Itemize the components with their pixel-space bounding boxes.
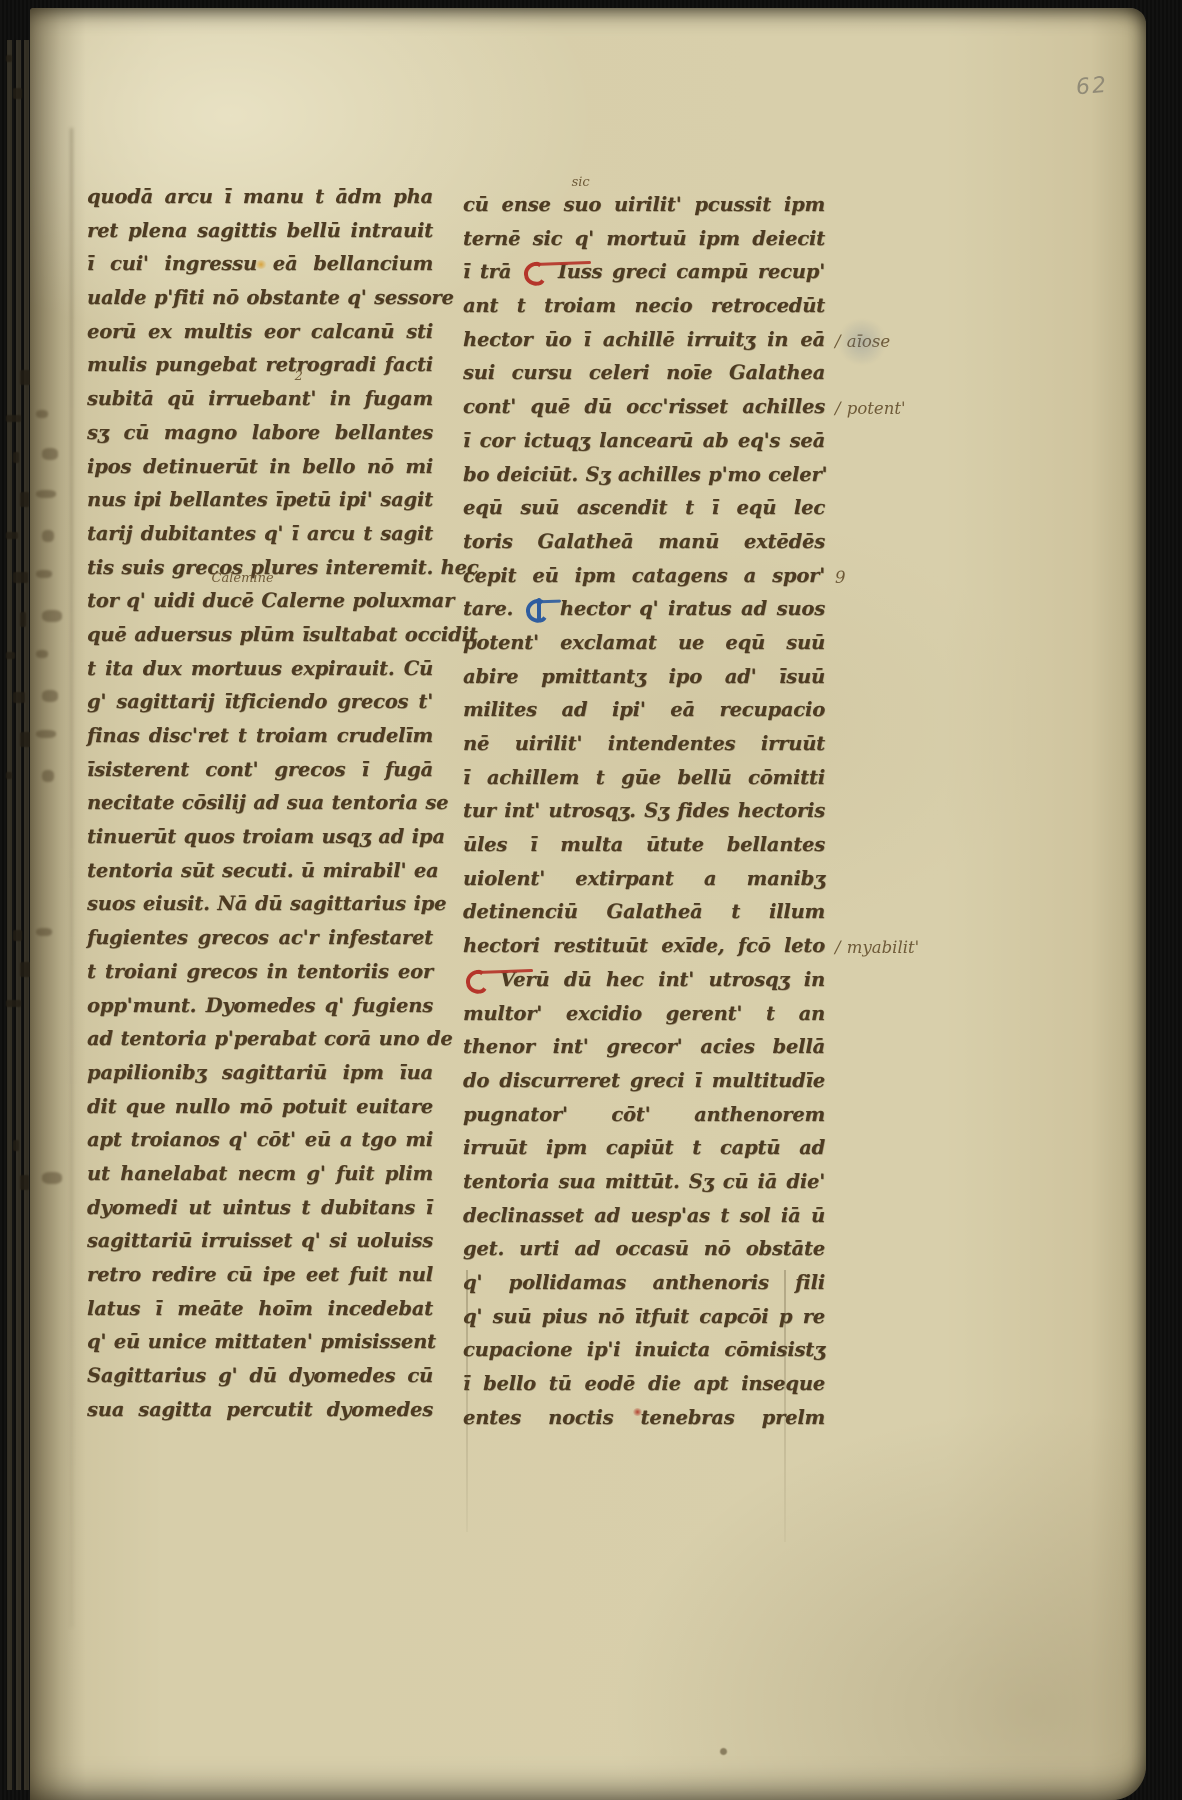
line-main-text: t troiani grecos in tentoriis eor bbox=[87, 960, 433, 983]
line-main-text: get. urti ad occasū nō obstāte bbox=[463, 1237, 825, 1260]
text-line-content: uiolent' extirpant a manibʒ bbox=[463, 862, 825, 896]
text-line-content: eqū suū ascendit t ī eqū lec bbox=[463, 491, 825, 525]
text-line: hector ūo ī achillē irruitʒ in eā/ aīose bbox=[463, 323, 825, 357]
text-line: q' suū pius nō ītfuit capcōi p re bbox=[463, 1300, 825, 1334]
line-main-text: eorū ex multis eor calcanū sti bbox=[87, 320, 433, 343]
line-main-text: sua sagitta percutit dyomedes bbox=[87, 1398, 433, 1421]
line-main-text: ī bello tū eodē die apt inseque bbox=[463, 1372, 825, 1395]
red-ink-speck bbox=[633, 1408, 642, 1416]
text-line-content: cepit eū ipm catagens a spor' bbox=[463, 559, 825, 593]
line-main-text: sʒ cū magno labore bellantes bbox=[87, 421, 433, 444]
text-line: dit que nullo mō potuit euitare bbox=[87, 1090, 433, 1124]
gutter-shadow bbox=[30, 8, 86, 1800]
paraph-tail bbox=[535, 600, 561, 604]
margin-note: / potent' bbox=[835, 392, 906, 426]
line-main-text: mulis pungebat retrogradi facti bbox=[87, 353, 433, 376]
margin-note: / myabilit' bbox=[835, 931, 919, 965]
text-line-content: Verū dū hec int' utrosqʒ in bbox=[463, 963, 825, 997]
fore-edge-mark bbox=[13, 1140, 19, 1151]
line-main-text: ualde p'fiti nō obstante q' sessore bbox=[87, 286, 454, 309]
line-main-text: ut hanelabat necm g' fuit plim bbox=[87, 1162, 433, 1185]
text-line: toris Galatheā manū extēdēs bbox=[463, 525, 825, 559]
text-line-content: entes noctis tenebras prelm bbox=[463, 1401, 825, 1435]
line-main-text: cupacione ip'i inuicta cōmisistʒ bbox=[463, 1338, 825, 1361]
text-line: abire pmittantʒ ipo ad' īsuū bbox=[463, 660, 825, 694]
line-main-text: t ita dux mortuus expirauit. Cū bbox=[87, 657, 433, 680]
text-line-content: ut hanelabat necm g' fuit plim bbox=[87, 1157, 433, 1191]
line-main-text: ad tentoria p'perabat corā uno de bbox=[87, 1027, 453, 1050]
line-main-text: subitā qū irruebant' in fugam bbox=[87, 387, 433, 410]
text-line: sagittariū irruisset q' si uoluiss bbox=[87, 1224, 433, 1258]
text-line-content: quodā arcu ī manu t ādm pha bbox=[87, 180, 433, 214]
folio-edge-strip bbox=[24, 40, 29, 1790]
text-line-content: t troiani grecos in tentoriis eor bbox=[87, 955, 433, 989]
line-main-text: sagittariū irruisset q' si uoluiss bbox=[87, 1229, 433, 1252]
folio-edge-strip bbox=[7, 40, 12, 1790]
gutter-mark bbox=[42, 448, 58, 460]
line-main-text: q' pollidamas anthenoris fili bbox=[463, 1271, 825, 1294]
text-line-content: necitate cōsilij ad sua tentoria se bbox=[87, 786, 433, 820]
text-line-content: ret plena sagittis bellū intrauit bbox=[87, 214, 433, 248]
gutter-mark bbox=[42, 690, 58, 702]
text-line-content: ipos detinuerūt in bello nō mi bbox=[87, 450, 433, 484]
text-line-content: do discurreret greci ī multitudīe bbox=[463, 1064, 825, 1098]
text-line-content: tare. hector q' iratus ad suos bbox=[463, 592, 825, 626]
text-line: nē uirilit' intendentes irruūt bbox=[463, 727, 825, 761]
text-line-content: cupacione ip'i inuicta cōmisistʒ bbox=[463, 1333, 825, 1367]
text-line: quodā arcu ī manu t ādm pha bbox=[87, 180, 433, 214]
text-line-content: multor' excidio gerent' t an bbox=[463, 997, 825, 1031]
text-line: tinuerūt quos troiam usqʒ ad ipa bbox=[87, 820, 433, 854]
text-line-content: eorū ex multis eor calcanū sti bbox=[87, 315, 433, 349]
gutter-mark bbox=[42, 530, 54, 542]
text-line-content: suos eiusit. Nā dū sagittarius ipe bbox=[87, 887, 433, 921]
line-main-text: tis suis grecos plures interemit. hec bbox=[87, 556, 479, 579]
text-line-content: nus ipi bellantes īpetū ipi' sagit bbox=[87, 483, 433, 517]
text-line-content: irruūt ipm capiūt t captū ad bbox=[463, 1131, 825, 1165]
line-prefix-text: tare. bbox=[463, 597, 523, 620]
text-line: multor' excidio gerent' t an bbox=[463, 997, 825, 1031]
line-main-text: hectori restituūt exīde, fcō leto bbox=[463, 934, 825, 957]
parchment-page: 62 quodā arcu ī manu t ādm pharet plena … bbox=[30, 8, 1146, 1800]
text-line-content: latus ī meāte hoīm incedebat bbox=[87, 1292, 433, 1326]
text-line-content: dit que nullo mō potuit euitare bbox=[87, 1090, 433, 1124]
text-line-content: papilionibʒ sagittariū ipm īua bbox=[87, 1056, 433, 1090]
line-main-text: dyomedi ut uintus t dubitans ī bbox=[87, 1196, 433, 1219]
text-line-content: tor q' uidi ducē Calerne poluxmar bbox=[87, 584, 433, 618]
line-main-text: toris Galatheā manū extēdēs bbox=[463, 530, 825, 553]
line-main-text: sui cursu celeri noīe Galathea bbox=[463, 361, 825, 384]
fore-edge-mark bbox=[6, 652, 15, 659]
text-line-content: g' sagittarij ītficiendo grecos t' bbox=[87, 685, 433, 719]
fore-edge-mark bbox=[20, 612, 26, 627]
text-line-content: q' pollidamas anthenoris fili bbox=[463, 1266, 825, 1300]
ruling-line bbox=[466, 1270, 468, 1532]
text-line: thenor int' grecor' acies bellā bbox=[463, 1030, 825, 1064]
text-line-content: nē uirilit' intendentes irruūt bbox=[463, 727, 825, 761]
text-line: tentoria sua mittūt. Sʒ cū iā die' bbox=[463, 1165, 825, 1199]
blue-paraph-mark bbox=[526, 599, 558, 619]
text-line: finas disc'ret t troiam crudelīm bbox=[87, 719, 433, 753]
text-line: t troiani grecos in tentoriis eor bbox=[87, 955, 433, 989]
line-main-text: cepit eū ipm catagens a spor' bbox=[463, 564, 825, 587]
ink-stain bbox=[836, 320, 888, 364]
line-main-text: g' sagittarij ītficiendo grecos t' bbox=[87, 690, 433, 713]
text-line: cont' quē dū occ'risset achilles/ potent… bbox=[463, 390, 825, 424]
text-line: potent' exclamat ue eqū suū bbox=[463, 626, 825, 660]
text-line: Caleminetor q' uidi ducē Calerne poluxma… bbox=[87, 584, 433, 618]
text-line: 2subitā qū irruebant' in fugam bbox=[87, 382, 433, 416]
gutter-mark bbox=[36, 410, 48, 418]
text-line-content: abire pmittantʒ ipo ad' īsuū bbox=[463, 660, 825, 694]
text-line-content: īsisterent cont' grecos ī fugā bbox=[87, 753, 433, 787]
text-line-content: cū ense suo uirilit' pcussit ipm bbox=[463, 188, 825, 222]
margin-note: 9 bbox=[835, 561, 846, 595]
dark-speck bbox=[720, 1748, 727, 1755]
fore-edge-mark bbox=[13, 692, 25, 703]
text-line: cupacione ip'i inuicta cōmisistʒ bbox=[463, 1333, 825, 1367]
text-line-content: ī achillem t gūe bellū cōmitti bbox=[463, 761, 825, 795]
line-main-text: detinenciū Galatheā t illum bbox=[463, 900, 825, 923]
line-main-text: suos eiusit. Nā dū sagittarius ipe bbox=[87, 892, 446, 915]
text-line: get. urti ad occasū nō obstāte bbox=[463, 1232, 825, 1266]
text-line-content: opp'munt. Dyomedes q' fugiens bbox=[87, 989, 433, 1023]
text-line-content: sui cursu celeri noīe Galathea bbox=[463, 356, 825, 390]
interlinear-gloss: 2 bbox=[295, 370, 303, 383]
line-main-text: pugnator' cōt' anthenorem bbox=[463, 1103, 825, 1126]
text-line-content: cont' quē dū occ'risset achilles bbox=[463, 390, 825, 424]
folio-edge-strip bbox=[16, 40, 21, 1790]
text-line-content: ī bello tū eodē die apt inseque bbox=[463, 1367, 825, 1401]
line-main-text: bo deiciūt. Sʒ achilles p'mo celer' bbox=[463, 463, 827, 486]
text-line: quē aduersus plūm īsultabat occidit bbox=[87, 618, 433, 652]
fore-edge-mark bbox=[13, 572, 28, 583]
text-line: bo deiciūt. Sʒ achilles p'mo celer' bbox=[463, 458, 825, 492]
line-main-text: eqū suū ascendit t ī eqū lec bbox=[463, 496, 825, 519]
line-main-text: do discurreret greci ī multitudīe bbox=[463, 1069, 825, 1092]
fore-edge-mark bbox=[13, 452, 19, 463]
text-line-content: ūles ī multa ūtute bellantes bbox=[463, 828, 825, 862]
text-line: siccū ense suo uirilit' pcussit ipm bbox=[463, 188, 825, 222]
text-line-content: declinasset ad uesp'as t sol iā ū bbox=[463, 1199, 825, 1233]
text-line: mulis pungebat retrogradi facti bbox=[87, 348, 433, 382]
text-line-content: apt troianos q' cōt' eū a tgo mi bbox=[87, 1123, 433, 1157]
line-main-text: retro redire cū ipe eet fuit nul bbox=[87, 1263, 433, 1286]
line-main-text: quē aduersus plūm īsultabat occidit bbox=[87, 623, 478, 646]
text-column-right: siccū ense suo uirilit' pcussit ipmternē… bbox=[463, 188, 825, 1434]
gutter-mark bbox=[42, 610, 62, 622]
line-main-text: ī achillem t gūe bellū cōmitti bbox=[463, 766, 825, 789]
line-main-text: dit que nullo mō potuit euitare bbox=[87, 1095, 433, 1118]
text-line: nus ipi bellantes īpetū ipi' sagit bbox=[87, 483, 433, 517]
text-line-content: tur int' utrosqʒ. Sʒ fides hectoris bbox=[463, 794, 825, 828]
line-main-text: hector ūo ī achillē irruitʒ in eā bbox=[463, 328, 825, 351]
text-line: dyomedi ut uintus t dubitans ī bbox=[87, 1191, 433, 1225]
text-line-content: detinenciū Galatheā t illum bbox=[463, 895, 825, 929]
text-line: ipos detinuerūt in bello nō mi bbox=[87, 450, 433, 484]
fore-edge-mark bbox=[13, 88, 22, 99]
text-line: sʒ cū magno labore bellantes bbox=[87, 416, 433, 450]
line-main-text: tentoria sua mittūt. Sʒ cū iā die' bbox=[463, 1170, 825, 1193]
line-main-text: nus ipi bellantes īpetū ipi' sagit bbox=[87, 488, 433, 511]
gutter-mark bbox=[36, 490, 56, 498]
text-line-content: thenor int' grecor' acies bellā bbox=[463, 1030, 825, 1064]
text-line: ī achillem t gūe bellū cōmitti bbox=[463, 761, 825, 795]
text-line: retro redire cū ipe eet fuit nul bbox=[87, 1258, 433, 1292]
text-line-content: hector ūo ī achillē irruitʒ in eā bbox=[463, 323, 825, 357]
text-line: g' sagittarij ītficiendo grecos t' bbox=[87, 685, 433, 719]
interlinear-gloss: Calemine bbox=[212, 572, 274, 585]
text-line: t ita dux mortuus expirauit. Cū bbox=[87, 652, 433, 686]
line-main-text: potent' exclamat ue eqū suū bbox=[463, 631, 825, 654]
fore-edge-mark bbox=[6, 772, 12, 779]
red-paraph-mark bbox=[466, 970, 498, 990]
line-main-text: tentoria sūt secuti. ū mirabil' ea bbox=[87, 859, 438, 882]
line-main-text: opp'munt. Dyomedes q' fugiens bbox=[87, 994, 433, 1017]
text-line-content: mulis pungebat retrogradi facti bbox=[87, 348, 433, 382]
text-line: pugnator' cōt' anthenorem bbox=[463, 1098, 825, 1132]
line-main-text: tarij dubitantes q' ī arcu t sagit bbox=[87, 522, 433, 545]
line-main-text: ternē sic q' mortuū ipm deiecit bbox=[463, 227, 825, 250]
line-main-text: tinuerūt quos troiam usqʒ ad ipa bbox=[87, 825, 445, 848]
line-main-text: uiolent' extirpant a manibʒ bbox=[463, 867, 825, 890]
text-line-content: Sagittarius g' dū dyomedes cū bbox=[87, 1359, 433, 1393]
line-main-text: q' eū unice mittaten' pmisissent bbox=[87, 1330, 436, 1353]
text-line-content: tentoria sua mittūt. Sʒ cū iā die' bbox=[463, 1165, 825, 1199]
text-line-content: q' eū unice mittaten' pmisissent bbox=[87, 1325, 433, 1359]
fore-edge-mark bbox=[6, 55, 12, 62]
text-line: tur int' utrosqʒ. Sʒ fides hectoris bbox=[463, 794, 825, 828]
text-line-content: tinuerūt quos troiam usqʒ ad ipa bbox=[87, 820, 433, 854]
text-line: hectori restituūt exīde, fcō leto/ myabi… bbox=[463, 929, 825, 963]
text-line: eorū ex multis eor calcanū sti bbox=[87, 315, 433, 349]
text-line-content: dyomedi ut uintus t dubitans ī bbox=[87, 1191, 433, 1225]
line-main-text: fugientes grecos ac'r infestaret bbox=[87, 926, 433, 949]
text-line: sua sagitta percutit dyomedes bbox=[87, 1393, 433, 1427]
gutter-mark bbox=[42, 1172, 62, 1184]
text-line: fugientes grecos ac'r infestaret bbox=[87, 921, 433, 955]
book-fore-edge bbox=[4, 40, 32, 1790]
text-line: ualde p'fiti nō obstante q' sessore bbox=[87, 281, 433, 315]
text-line: Sagittarius g' dū dyomedes cū bbox=[87, 1359, 433, 1393]
gutter-mark bbox=[36, 928, 52, 936]
manuscript-photo: 62 quodā arcu ī manu t ādm pharet plena … bbox=[0, 0, 1182, 1800]
text-line-content: sʒ cū magno labore bellantes bbox=[87, 416, 433, 450]
line-main-text: tor q' uidi ducē Calerne poluxmar bbox=[87, 589, 454, 612]
text-line-content: ī trā Iuss greci campū recup' bbox=[463, 255, 825, 289]
line-main-text: ī cor ictuqʒ lancearū ab eq's seā bbox=[463, 429, 825, 452]
text-line-content: toris Galatheā manū extēdēs bbox=[463, 525, 825, 559]
line-prefix-text: ī trā bbox=[463, 260, 521, 283]
text-line-content: ī cor ictuqʒ lancearū ab eq's seā bbox=[463, 424, 825, 458]
fore-edge-mark bbox=[6, 1000, 21, 1007]
text-line: apt troianos q' cōt' eū a tgo mi bbox=[87, 1123, 433, 1157]
wax-speck bbox=[255, 260, 267, 269]
fore-edge-mark bbox=[6, 532, 18, 539]
text-line: Verū dū hec int' utrosqʒ in bbox=[463, 963, 825, 997]
text-line-content: pugnator' cōt' anthenorem bbox=[463, 1098, 825, 1132]
text-line: q' pollidamas anthenoris fili bbox=[463, 1266, 825, 1300]
text-line-content: hectori restituūt exīde, fcō leto bbox=[463, 929, 825, 963]
line-main-text: cū ense suo uirilit' pcussit ipm bbox=[463, 193, 825, 216]
text-line: ī bello tū eodē die apt inseque bbox=[463, 1367, 825, 1401]
red-paraph-mark bbox=[524, 262, 556, 282]
text-line-content: tentoria sūt secuti. ū mirabil' ea bbox=[87, 854, 433, 888]
text-line: cepit eū ipm catagens a spor'9 bbox=[463, 559, 825, 593]
line-main-text: apt troianos q' cōt' eū a tgo mi bbox=[87, 1128, 433, 1151]
text-line-content: ualde p'fiti nō obstante q' sessore bbox=[87, 281, 433, 315]
text-line-content: get. urti ad occasū nō obstāte bbox=[463, 1232, 825, 1266]
line-main-text: cont' quē dū occ'risset achilles bbox=[463, 395, 825, 418]
gutter-mark bbox=[36, 730, 56, 738]
line-main-text: Sagittarius g' dū dyomedes cū bbox=[87, 1364, 433, 1387]
line-main-text: ūles ī multa ūtute bellantes bbox=[463, 833, 825, 856]
line-main-text: entes noctis tenebras prelm bbox=[463, 1406, 825, 1429]
fore-edge-mark bbox=[6, 415, 21, 422]
text-line: irruūt ipm capiūt t captū ad bbox=[463, 1131, 825, 1165]
line-main-text: tur int' utrosqʒ. Sʒ fides hectoris bbox=[463, 799, 825, 822]
line-main-text: irruūt ipm capiūt t captū ad bbox=[463, 1136, 825, 1159]
line-main-text: multor' excidio gerent' t an bbox=[463, 1002, 825, 1025]
text-line-content: subitā qū irruebant' in fugam bbox=[87, 382, 433, 416]
fore-edge-mark bbox=[13, 930, 22, 941]
gutter-mark bbox=[42, 770, 54, 782]
text-line: ūles ī multa ūtute bellantes bbox=[463, 828, 825, 862]
line-main-text: declinasset ad uesp'as t sol iā ū bbox=[463, 1204, 825, 1227]
text-line-content: potent' exclamat ue eqū suū bbox=[463, 626, 825, 660]
text-line: eqū suū ascendit t ī eqū lec bbox=[463, 491, 825, 525]
line-main-text: īsisterent cont' grecos ī fugā bbox=[87, 758, 433, 781]
text-line: tarij dubitantes q' ī arcu t sagit bbox=[87, 517, 433, 551]
text-line: latus ī meāte hoīm incedebat bbox=[87, 1292, 433, 1326]
text-line: detinenciū Galatheā t illum bbox=[463, 895, 825, 929]
text-line: ternē sic q' mortuū ipm deiecit bbox=[463, 222, 825, 256]
text-line: do discurreret greci ī multitudīe bbox=[463, 1064, 825, 1098]
line-main-text: hector q' iratus ad suos bbox=[560, 597, 825, 620]
text-line-content: sagittariū irruisset q' si uoluiss bbox=[87, 1224, 433, 1258]
text-line-content: fugientes grecos ac'r infestaret bbox=[87, 921, 433, 955]
text-line: ad tentoria p'perabat corā uno de bbox=[87, 1022, 433, 1056]
text-line: sui cursu celeri noīe Galathea bbox=[463, 356, 825, 390]
line-main-text: Iuss greci campū recup' bbox=[558, 260, 825, 283]
text-line: īsisterent cont' grecos ī fugā bbox=[87, 753, 433, 787]
line-main-text: nē uirilit' intendentes irruūt bbox=[463, 732, 825, 755]
gutter-crease bbox=[70, 128, 73, 1628]
line-main-text: abire pmittantʒ ipo ad' īsuū bbox=[463, 665, 825, 688]
text-line-content: t ita dux mortuus expirauit. Cū bbox=[87, 652, 433, 686]
line-main-text: necitate cōsilij ad sua tentoria se bbox=[87, 791, 448, 814]
line-main-text: ipos detinuerūt in bello nō mi bbox=[87, 455, 433, 478]
line-main-text: Verū dū hec int' utrosqʒ in bbox=[500, 968, 825, 991]
text-line-content: sua sagitta percutit dyomedes bbox=[87, 1393, 433, 1427]
text-line-content: retro redire cū ipe eet fuit nul bbox=[87, 1258, 433, 1292]
text-line: suos eiusit. Nā dū sagittarius ipe bbox=[87, 887, 433, 921]
text-line: milites ad ipi' eā recupacio bbox=[463, 693, 825, 727]
text-line: tentoria sūt secuti. ū mirabil' ea bbox=[87, 854, 433, 888]
text-line: papilionibʒ sagittariū ipm īua bbox=[87, 1056, 433, 1090]
text-line: necitate cōsilij ad sua tentoria se bbox=[87, 786, 433, 820]
text-line: ī cor ictuqʒ lancearū ab eq's seā bbox=[463, 424, 825, 458]
line-main-text: quodā arcu ī manu t ādm pha bbox=[87, 185, 433, 208]
text-line-content: ternē sic q' mortuū ipm deiecit bbox=[463, 222, 825, 256]
text-line-content: tarij dubitantes q' ī arcu t sagit bbox=[87, 517, 433, 551]
line-main-text: thenor int' grecor' acies bellā bbox=[463, 1035, 825, 1058]
gutter-mark bbox=[36, 570, 52, 578]
text-line-content: bo deiciūt. Sʒ achilles p'mo celer' bbox=[463, 458, 825, 492]
fore-edge-mark bbox=[20, 492, 29, 507]
gutter-mark bbox=[36, 650, 48, 658]
text-line-content: quē aduersus plūm īsultabat occidit bbox=[87, 618, 433, 652]
line-main-text: milites ad ipi' eā recupacio bbox=[463, 698, 825, 721]
text-line: tare. hector q' iratus ad suos bbox=[463, 592, 825, 626]
line-main-text: ant t troiam necio retrocedūt bbox=[463, 294, 825, 317]
line-main-text: q' suū pius nō ītfuit capcōi p re bbox=[463, 1305, 825, 1328]
fore-edge-mark bbox=[20, 1175, 29, 1190]
text-line: declinasset ad uesp'as t sol iā ū bbox=[463, 1199, 825, 1233]
text-line: entes noctis tenebras prelm bbox=[463, 1401, 825, 1435]
text-line-content: ant t troiam necio retrocedūt bbox=[463, 289, 825, 323]
line-main-text: finas disc'ret t troiam crudelīm bbox=[87, 724, 433, 747]
text-line: uiolent' extirpant a manibʒ bbox=[463, 862, 825, 896]
text-line-content: q' suū pius nō ītfuit capcōi p re bbox=[463, 1300, 825, 1334]
text-line: q' eū unice mittaten' pmisissent bbox=[87, 1325, 433, 1359]
line-main-text: ret plena sagittis bellū intrauit bbox=[87, 219, 433, 242]
text-line-content: finas disc'ret t troiam crudelīm bbox=[87, 719, 433, 753]
line-main-text: latus ī meāte hoīm incedebat bbox=[87, 1297, 433, 1320]
text-line: ut hanelabat necm g' fuit plim bbox=[87, 1157, 433, 1191]
folio-number: 62 bbox=[1075, 73, 1109, 101]
interlinear-gloss: sic bbox=[572, 176, 590, 189]
text-line: ant t troiam necio retrocedūt bbox=[463, 289, 825, 323]
line-main-text: papilionibʒ sagittariū ipm īua bbox=[87, 1061, 433, 1084]
text-column-left: quodā arcu ī manu t ādm pharet plena sag… bbox=[87, 180, 433, 1426]
ruling-line bbox=[784, 1270, 786, 1542]
text-line-content: milites ad ipi' eā recupacio bbox=[463, 693, 825, 727]
text-line: ī trā Iuss greci campū recup' bbox=[463, 255, 825, 289]
text-line: opp'munt. Dyomedes q' fugiens bbox=[87, 989, 433, 1023]
text-line-content: ad tentoria p'perabat corā uno de bbox=[87, 1022, 433, 1056]
text-line: ret plena sagittis bellū intrauit bbox=[87, 214, 433, 248]
